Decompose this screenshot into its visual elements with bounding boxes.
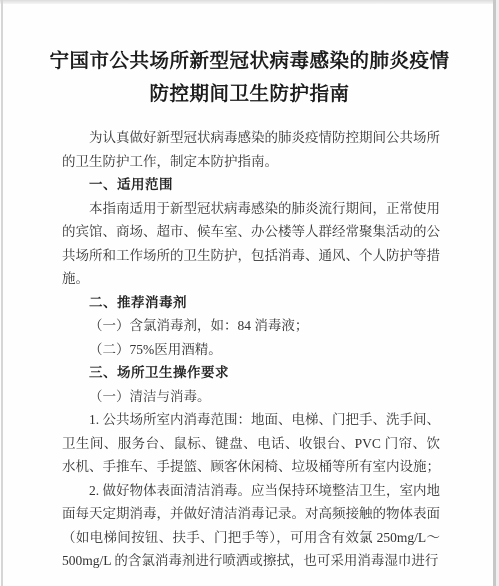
document-page: 宁国市公共场所新型冠状病毒感染的肺炎疫情 防控期间卫生防护指南 为认真做好新型冠…: [0, 0, 499, 586]
section-3-item-1: 1. 公共场所室内消毒范围：地面、电梯、门把手、洗手间、卫生间、服务台、鼠标、键…: [62, 408, 440, 479]
section-3-heading: 三、场所卫生操作要求: [62, 361, 440, 385]
document-title-line-1: 宁国市公共场所新型冠状病毒感染的肺炎疫情: [0, 45, 499, 78]
section-2-item-2: （二）75%医用酒精。: [62, 338, 440, 362]
section-2-item-1: （一）含氯消毒剂，如：84 消毒液；: [62, 314, 440, 338]
document-title: 宁国市公共场所新型冠状病毒感染的肺炎疫情 防控期间卫生防护指南: [0, 45, 499, 111]
document-title-line-2: 防控期间卫生防护指南: [0, 78, 499, 111]
section-2-heading: 二、推荐消毒剂: [62, 291, 440, 315]
section-3-item-2: 2. 做好物体表面清洁消毒。应当保持环境整洁卫生，室内地面每天定期消毒，并做好清…: [62, 479, 440, 573]
section-3-subheading: （一）清洁与消毒。: [62, 385, 440, 409]
document-body: 为认真做好新型冠状病毒感染的肺炎疫情防控期间公共场所的卫生防护工作，制定本防护指…: [62, 126, 440, 573]
section-1-heading: 一、适用范围: [62, 173, 440, 197]
intro-paragraph: 为认真做好新型冠状病毒感染的肺炎疫情防控期间公共场所的卫生防护工作，制定本防护指…: [62, 126, 440, 173]
page-top-edge: [0, 0, 499, 4]
section-1-paragraph: 本指南适用于新型冠状病毒感染的肺炎流行期间，正常使用的宾馆、商场、超市、候车室、…: [62, 197, 440, 291]
